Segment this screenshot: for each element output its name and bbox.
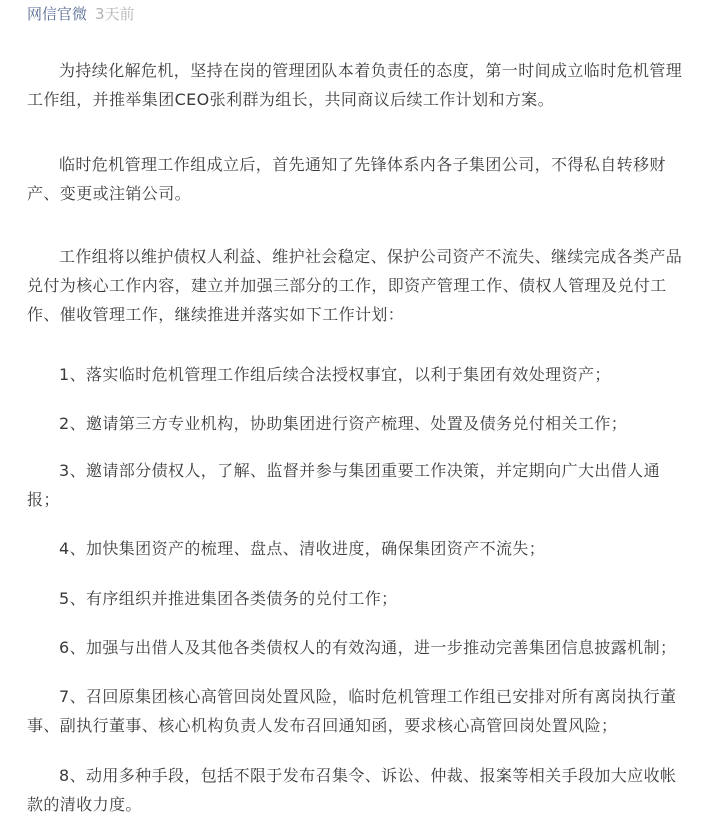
plan-item-3: 3、邀请部分债权人，了解、监督并参与集团重要工作决策，并定期向广大出借人通报； xyxy=(27,456,689,514)
post-meta: 网信官微3天前 xyxy=(27,4,135,24)
paragraph-intro: 为持续化解危机，坚持在岗的管理团队本着负责任的态度，第一时间成立临时危机管理工作… xyxy=(27,56,689,114)
plan-item-5: 5、有序组织并推进集团各类债务的兑付工作； xyxy=(27,584,689,613)
post-time: 3天前 xyxy=(95,5,135,23)
plan-item-4: 4、加快集团资产的梳理、盘点、清收进度，确保集团资产不流失； xyxy=(27,534,689,563)
plan-item-6: 6、加强与出借人及其他各类债权人的有效沟通，进一步推动完善集团信息披露机制； xyxy=(27,633,689,662)
author-name-link[interactable]: 网信官微 xyxy=(27,5,87,23)
plan-item-2: 2、邀请第三方专业机构，协助集团进行资产梳理、处置及债务兑付相关工作； xyxy=(27,409,689,438)
paragraph-notice: 临时危机管理工作组成立后，首先通知了先锋体系内各子集团公司，不得私自转移财产、变… xyxy=(27,150,689,208)
plan-item-7: 7、召回原集团核心高管回岗处置风险，临时危机管理工作组已安排对所有离岗执行董事、… xyxy=(27,682,689,740)
plan-item-8: 8、动用多种手段，包括不限于发布召集令、诉讼、仲裁、报案等相关手段加大应收帐款的… xyxy=(27,761,689,817)
plan-item-1: 1、落实临时危机管理工作组后续合法授权事宜，以利于集团有效处理资产； xyxy=(27,360,689,389)
paragraph-plan: 工作组将以维护债权人利益、维护社会稳定、保护公司资产不流失、继续完成各类产品兑付… xyxy=(27,242,689,329)
